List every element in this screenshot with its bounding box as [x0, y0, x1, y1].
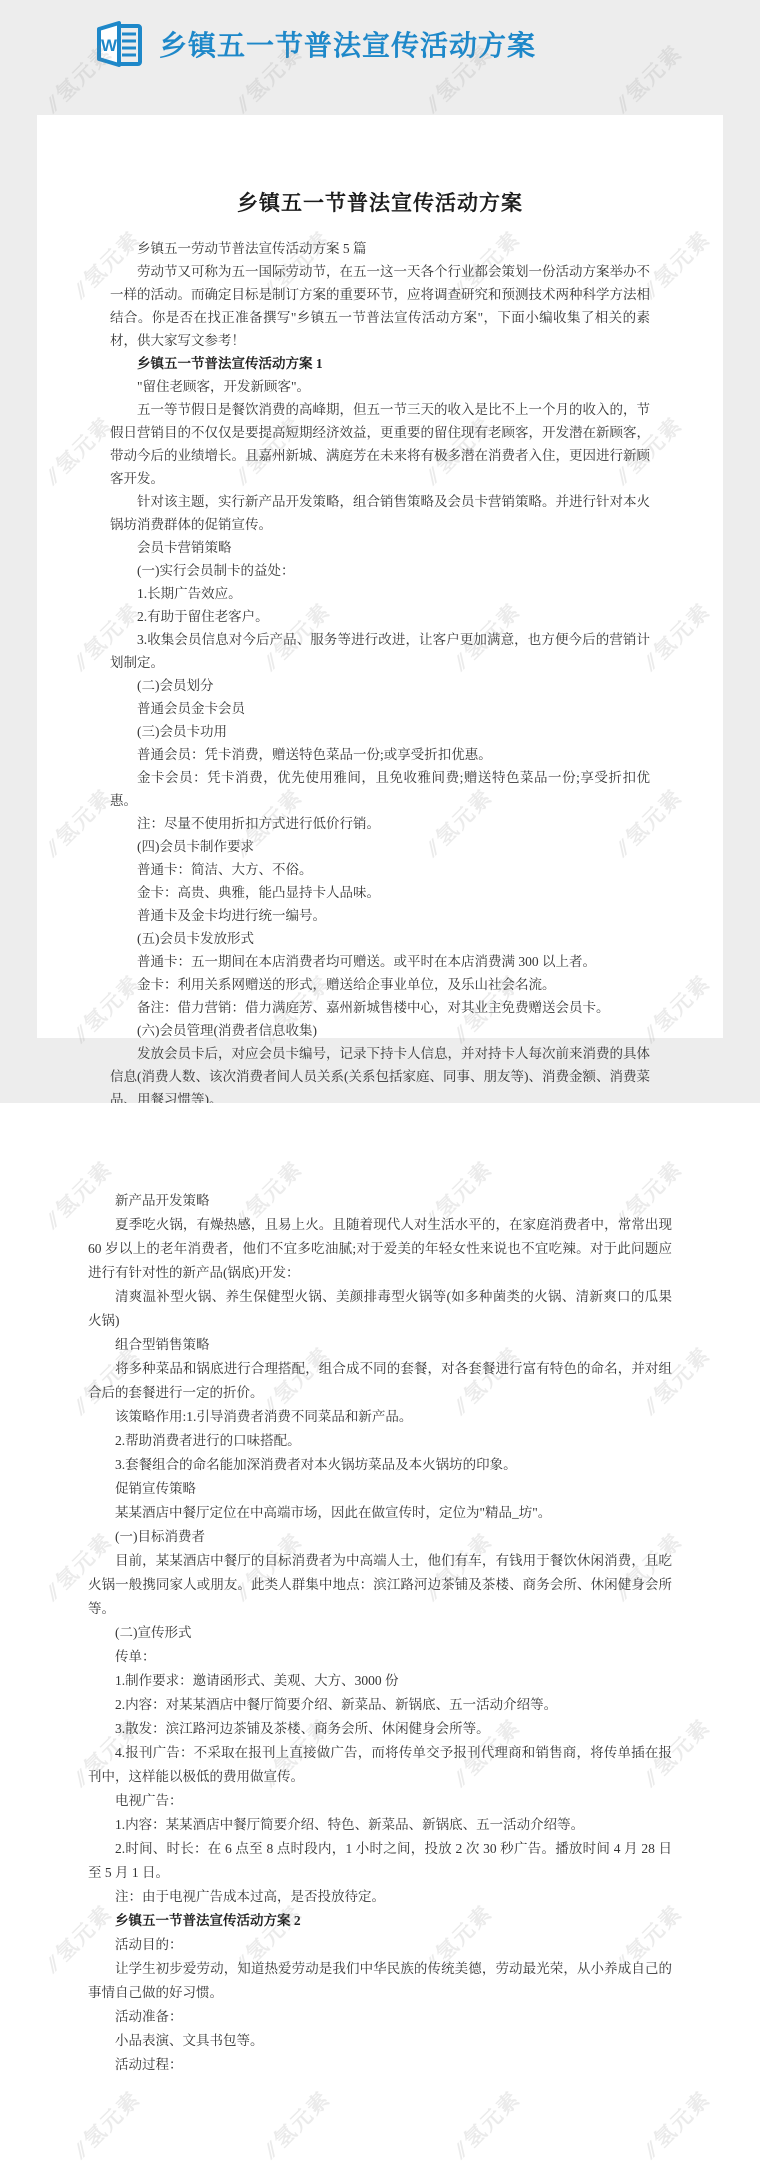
- paragraph: 目前，某某酒店中餐厅的目标消费者为中高端人士，他们有车，有钱用于餐饮休闲消费，且…: [88, 1549, 672, 1621]
- paragraph: 注：尽量不使用折扣方式进行低价行销。: [110, 812, 650, 835]
- paragraph: "留住老顾客，开发新顾客"。: [110, 375, 650, 398]
- paragraph: 促销宣传策略: [88, 1477, 672, 1501]
- paragraph: 金卡：利用关系网赠送的形式，赠送给企事业单位，及乐山社会名流。: [110, 973, 650, 996]
- section-heading: 乡镇五一节普法宣传活动方案 2: [88, 1909, 672, 1933]
- paragraph: (二)会员划分: [110, 674, 650, 697]
- header-inner: W 乡镇五一节普法宣传活动方案: [93, 18, 536, 70]
- paragraph: 该策略作用:1.引导消费者消费不同菜品和新产品。: [88, 1405, 672, 1429]
- paragraph: 将多种菜品和锅底进行合理搭配，组合成不同的套餐，对各套餐进行富有特色的命名，并对…: [88, 1357, 672, 1405]
- paragraph: (一)实行会员制卡的益处：: [110, 559, 650, 582]
- paragraph: 新产品开发策略: [88, 1189, 672, 1213]
- paragraph: 五一等节假日是餐饮消费的高峰期，但五一节三天的收入是比不上一个月的收入的，节假日…: [110, 398, 650, 490]
- paragraph: 组合型销售策略: [88, 1333, 672, 1357]
- paragraph: 普通卡：五一期间在本店消费者均可赠送。或平时在本店消费满 300 以上者。: [110, 950, 650, 973]
- paragraph: 2.有助于留住老客户。: [110, 605, 650, 628]
- paragraph: 4.报刊广告：不采取在报刊上直接做广告，而将传单交予报刊代理商和销售商，将传单插…: [88, 1741, 672, 1789]
- section-heading: 乡镇五一节普法宣传活动方案 1: [110, 352, 650, 375]
- paragraph: 普通会员：凭卡消费，赠送特色菜品一份;或享受折扣优惠。: [110, 743, 650, 766]
- paragraph: 2.时间、时长：在 6 点至 8 点时段内，1 小时之间，投放 2 次 30 秒…: [88, 1837, 672, 1885]
- paragraph: 电视广告：: [88, 1789, 672, 1813]
- paragraph: (一)目标消费者: [88, 1525, 672, 1549]
- page-1-body: 乡镇五一劳动节普法宣传活动方案 5 篇劳动节又可称为五一国际劳动节，在五一这一天…: [110, 237, 650, 1134]
- paragraph: (四)会员卡制作要求: [110, 835, 650, 858]
- paragraph: 普通会员金卡会员: [110, 697, 650, 720]
- word-document-icon: W: [93, 18, 145, 70]
- paragraph: 2.帮助消费者进行的口味搭配。: [88, 1429, 672, 1453]
- paragraph: 3.散发：滨江路河边茶铺及茶楼、商务会所、休闲健身会所等。: [88, 1717, 672, 1741]
- paragraph: 小品表演、文具书包等。: [88, 2029, 672, 2053]
- paragraph: 金卡会员：凭卡消费，优先使用雅间，且免收雅间费;赠送特色菜品一份;享受折扣优惠。: [110, 766, 650, 812]
- paragraph: (三)会员卡功用: [110, 720, 650, 743]
- site-header-title: 乡镇五一节普法宣传活动方案: [159, 24, 536, 64]
- paragraph: 传单：: [88, 1645, 672, 1669]
- paragraph: (二)宣传形式: [88, 1621, 672, 1645]
- paragraph: 活动准备：: [88, 2005, 672, 2029]
- paragraph: 金卡：高贵、典雅，能凸显持卡人品味。: [110, 881, 650, 904]
- paragraph: 1.内容：某某酒店中餐厅简要介绍、特色、新菜品、新锅底、五一活动介绍等。: [88, 1813, 672, 1837]
- document-preview-screen: W 乡镇五一节普法宣传活动方案 乡镇五一节普法宣传活动方案 乡镇五一劳动节普法宣…: [0, 0, 760, 2178]
- paragraph: 活动目的：: [88, 1933, 672, 1957]
- paragraph: 活动过程：: [88, 2053, 672, 2077]
- paragraph: 劳动节又可称为五一国际劳动节，在五一这一天各个行业都会策划一份活动方案举办不一样…: [110, 260, 650, 352]
- paragraph: (五)会员卡发放形式: [110, 927, 650, 950]
- paragraph: (六)会员管理(消费者信息收集): [110, 1019, 650, 1042]
- paragraph: 针对该主题，实行新产品开发策略，组合销售策略及会员卡营销策略。并进行针对本火锅坊…: [110, 490, 650, 536]
- paragraph: 普通卡及金卡均进行统一编号。: [110, 904, 650, 927]
- document-title: 乡镇五一节普法宣传活动方案: [110, 187, 650, 217]
- paragraph: 2.内容：对某某酒店中餐厅简要介绍、新菜品、新锅底、五一活动介绍等。: [88, 1693, 672, 1717]
- document-page-2: 新产品开发策略夏季吃火锅，有燥热感，且易上火。且随着现代人对生活水平的，在家庭消…: [0, 1103, 760, 2178]
- paragraph: 1.长期广告效应。: [110, 582, 650, 605]
- paragraph: 夏季吃火锅，有燥热感，且易上火。且随着现代人对生活水平的，在家庭消费者中，常常出…: [88, 1213, 672, 1285]
- paragraph: 让学生初步爱劳动，知道热爱劳动是我们中华民族的传统美德，劳动最光荣，从小养成自己…: [88, 1957, 672, 2005]
- svg-text:W: W: [101, 36, 118, 55]
- site-header: W 乡镇五一节普法宣传活动方案: [0, 0, 760, 108]
- paragraph: 备注：借力营销：借力满庭芳、嘉州新城售楼中心，对其业主免费赠送会员卡。: [110, 996, 650, 1019]
- paragraph: 会员卡营销策略: [110, 536, 650, 559]
- paragraph: 发放会员卡后，对应会员卡编号，记录下持卡人信息，并对持卡人每次前来消费的具体信息…: [110, 1042, 650, 1111]
- paragraph: 普通卡：简洁、大方、不俗。: [110, 858, 650, 881]
- page-2-body: 新产品开发策略夏季吃火锅，有燥热感，且易上火。且随着现代人对生活水平的，在家庭消…: [88, 1189, 672, 2077]
- paragraph: 某某酒店中餐厅定位在中高端市场，因此在做宣传时，定位为"精品_坊"。: [88, 1501, 672, 1525]
- document-page-1: 乡镇五一节普法宣传活动方案 乡镇五一劳动节普法宣传活动方案 5 篇劳动节又可称为…: [37, 115, 723, 1038]
- paragraph: 1.制作要求：邀请函形式、美观、大方、3000 份: [88, 1669, 672, 1693]
- paragraph: 3.套餐组合的命名能加深消费者对本火锅坊菜品及本火锅坊的印象。: [88, 1453, 672, 1477]
- paragraph: 乡镇五一劳动节普法宣传活动方案 5 篇: [110, 237, 650, 260]
- paragraph: 清爽温补型火锅、养生保健型火锅、美颜排毒型火锅等(如多种菌类的火锅、清新爽口的瓜…: [88, 1285, 672, 1333]
- paragraph: 注：由于电视广告成本过高，是否投放待定。: [88, 1885, 672, 1909]
- paragraph: 3.收集会员信息对今后产品、服务等进行改进，让客户更加满意，也方便今后的营销计划…: [110, 628, 650, 674]
